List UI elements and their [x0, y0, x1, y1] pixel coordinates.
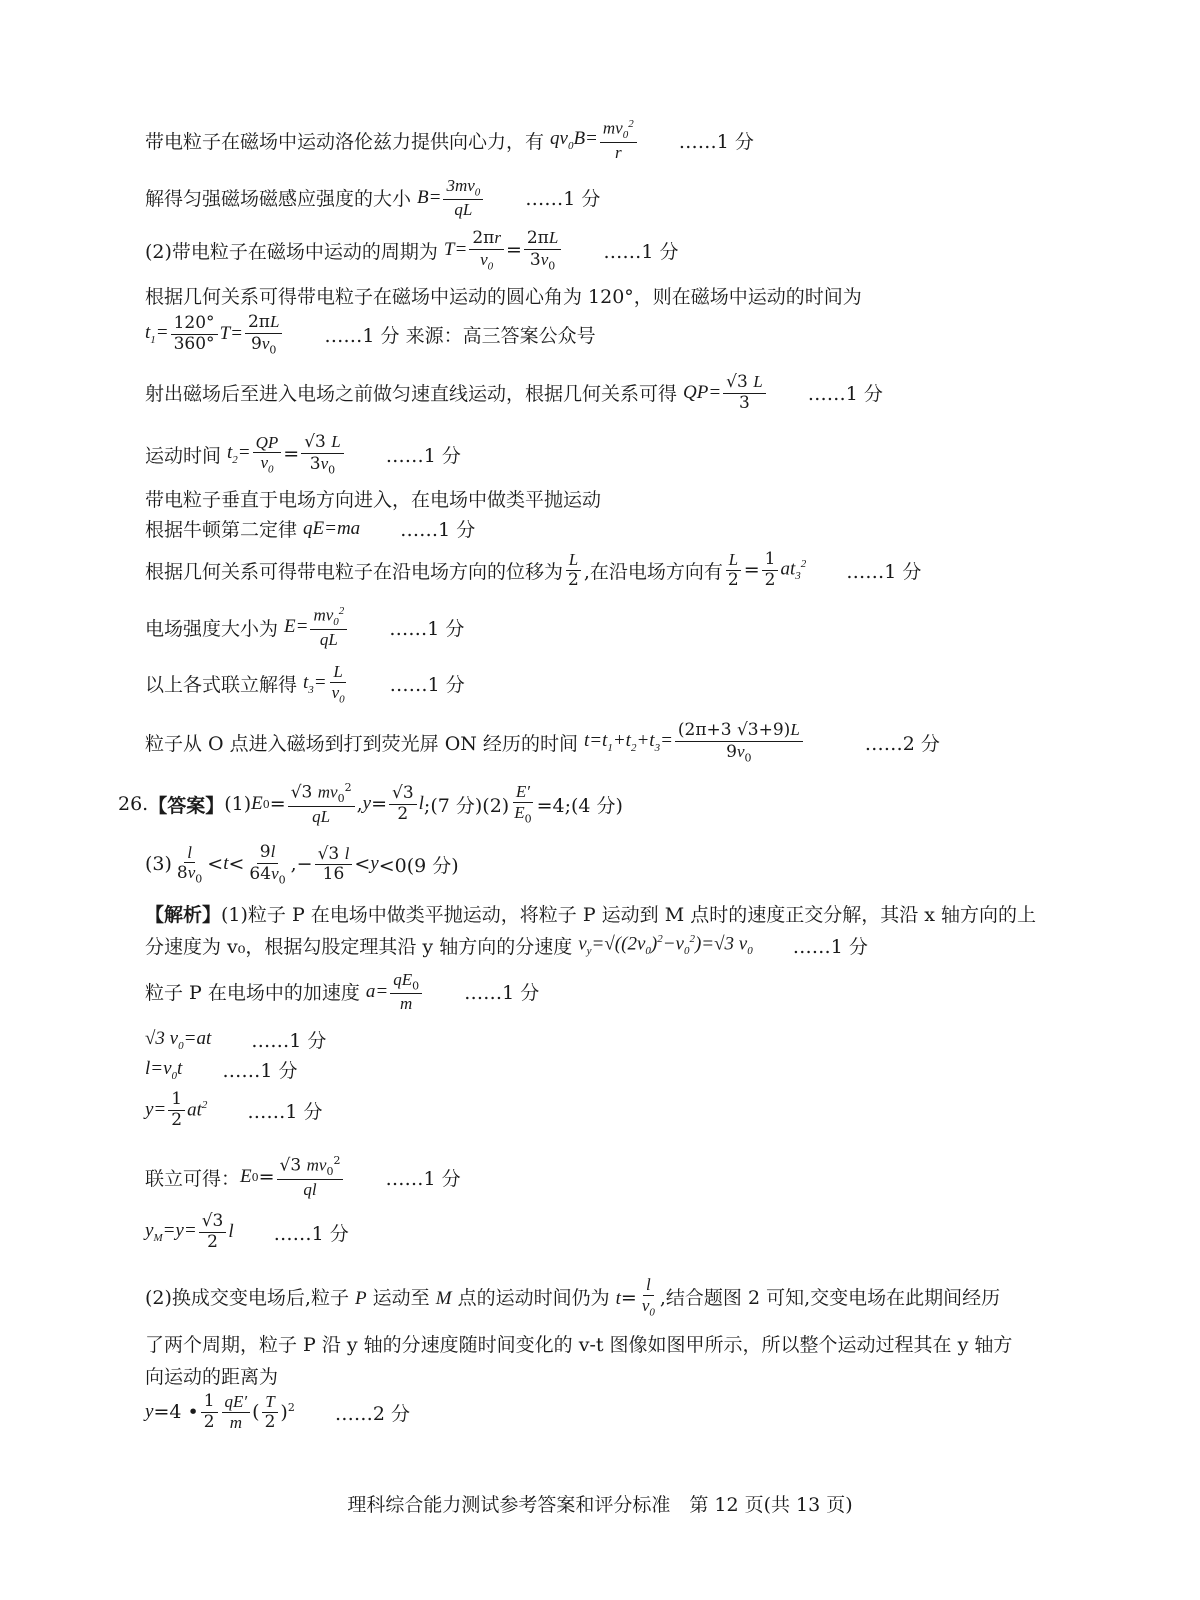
fraction: 120°360°	[171, 314, 218, 354]
analysis-line: √3 v0=at ……1 分	[145, 1026, 326, 1053]
text-line: 解得匀强磁场磁感应强度的大小 B= 3mv0qL ……1 分	[145, 176, 600, 220]
fraction: √3 L3v0	[301, 432, 344, 477]
analysis-line: l=v0t ……1 分	[145, 1056, 297, 1083]
fraction: mv02r	[600, 118, 637, 162]
formula: t=t1+t2+t3=	[584, 730, 673, 754]
score: ……1 分	[525, 184, 600, 211]
fraction: 2πL9v0	[245, 312, 282, 357]
line-text: 分速度为 v₀，根据勾股定理其沿 y 轴方向的分速度	[145, 932, 572, 959]
fraction: √3 mv02qL	[288, 782, 355, 826]
line-text: 射出磁场后至进入电场之前做匀速直线运动，根据几何关系可得	[145, 379, 677, 406]
line-text: ,在沿电场方向有	[584, 557, 723, 584]
score: ……1 分	[274, 1219, 349, 1246]
line-text: 根据牛顿第二定律	[145, 515, 297, 542]
score: ……1 分	[386, 441, 461, 468]
question-26-answer-3: (3) l8v0 <t< 9l64v0 ,− √3 l16 <y<0(9 分)	[145, 842, 459, 887]
line-text: 粒子 P 在电场中的加速度	[145, 978, 360, 1005]
analysis-line: y=4 • 12 qE′m ( T2 )2 ……2 分	[145, 1392, 410, 1432]
score: ……1 分	[400, 515, 475, 542]
score: ……2 分	[865, 729, 940, 756]
fraction: E′E0	[511, 782, 534, 826]
line-text: 了两个周期，粒子 P 沿 y 轴的分速度随时间变化的 v-t 图像如图甲所示，所…	[145, 1330, 1012, 1357]
fraction: 12	[168, 1090, 185, 1130]
analysis-line: 向运动的距离为	[145, 1362, 278, 1389]
text-line: 带电粒子在磁场中运动洛伦兹力提供向心力，有 qv0B= mv02r ……1 分	[145, 118, 754, 162]
line-text: 向运动的距离为	[145, 1362, 278, 1389]
source-note: 来源：高三答案公众号	[406, 321, 596, 348]
formula: E=	[284, 616, 308, 638]
fraction: 2πL3v0	[524, 228, 561, 273]
analysis-line: yM=y= √32 l ……1 分	[145, 1212, 349, 1252]
text-line: t1= 120°360° T= 2πL9v0 ……1 分 来源：高三答案公众号	[145, 312, 596, 357]
text-line: 根据几何关系可得带电粒子在磁场中运动的圆心角为 120°，则在磁场中运动的时间为	[145, 282, 862, 309]
fraction: qE′m	[222, 1392, 251, 1432]
question-number: 26.	[118, 793, 148, 815]
line-text: 电场强度大小为	[145, 614, 278, 641]
text-line: 射出磁场后至进入电场之前做匀速直线运动，根据几何关系可得 QP= √3 L3 ……	[145, 372, 883, 413]
line-text: 以上各式联立解得	[145, 670, 297, 697]
score: ……1 分	[324, 321, 399, 348]
fraction: √32	[199, 1212, 227, 1252]
page-footer: 理科综合能力测试参考答案和评分标准 第 12 页(共 13 页)	[0, 1490, 1200, 1517]
analysis-line: (2)换成交变电场后,粒子 P 运动至 M 点的运动时间仍为 t= lv0 ,结…	[145, 1275, 1000, 1319]
text-line: 根据牛顿第二定律 qE=ma ……1 分	[145, 515, 475, 542]
fraction: (2π+3 √3+9)L9v0	[675, 720, 803, 765]
analysis-line: 联立可得： E0= √3 mv02ql ……1 分	[145, 1155, 461, 1199]
text-line: 运动时间 t2= QPv0 = √3 L3v0 ……1 分	[145, 432, 461, 477]
formula: t1=	[145, 322, 169, 346]
score: ……1 分	[846, 557, 921, 584]
fraction: L2	[725, 550, 742, 590]
line-text: 运动时间	[145, 441, 221, 468]
line-text: 带电粒子在磁场中运动洛伦兹力提供向心力，有	[145, 127, 544, 154]
fraction: 12	[762, 550, 779, 590]
score: ……1 分	[222, 1056, 297, 1083]
analysis-label: 【解析】	[145, 900, 221, 927]
score: ……1 分	[808, 379, 883, 406]
score: ……2 分	[335, 1399, 410, 1426]
line-text: 解得匀强磁场磁感应强度的大小	[145, 184, 411, 211]
line-text: 根据几何关系可得带电粒子在磁场中运动的圆心角为 120°，则在磁场中运动的时间为	[145, 282, 862, 309]
score: ……1 分	[679, 127, 754, 154]
score: ……1 分	[251, 1026, 326, 1053]
fraction: 9l64v0	[246, 842, 288, 887]
fraction: mv02qL	[310, 605, 347, 649]
formula: √3 v0=at	[145, 1028, 211, 1052]
score: ……1 分	[464, 978, 539, 1005]
analysis-line: 粒子 P 在电场中的加速度 a= qE0m ……1 分	[145, 970, 539, 1014]
formula: t2=	[227, 442, 251, 466]
score: ……1 分	[603, 237, 678, 264]
fraction: qE0m	[390, 970, 422, 1014]
formula: l=v0t	[145, 1058, 182, 1082]
formula: qv0B=	[550, 128, 598, 152]
text-line: 电场强度大小为 E= mv02qL ……1 分	[145, 605, 464, 649]
line-text: (2)带电粒子在磁场中运动的周期为	[145, 237, 438, 264]
text-line: (2)带电粒子在磁场中运动的周期为 T= 2πrv0 = 2πL3v0 ……1 …	[145, 228, 678, 273]
fraction: Lv0	[329, 662, 348, 706]
score: ……1 分	[390, 670, 465, 697]
score: ……1 分	[389, 614, 464, 641]
analysis-line: 分速度为 v₀，根据勾股定理其沿 y 轴方向的分速度 vy=√((2v0)2−v…	[145, 932, 868, 959]
analysis-line: 【解析】 (1)粒子 P 在电场中做类平抛运动，将粒子 P 运动到 M 点时的速…	[145, 900, 1036, 927]
fraction: √32	[389, 784, 417, 824]
fraction: l8v0	[174, 843, 205, 887]
text-line: 粒子从 O 点进入磁场到打到荧光屏 ON 经历的时间 t=t1+t2+t3= (…	[145, 720, 940, 765]
fraction: lv0	[639, 1275, 658, 1319]
text-line: 带电粒子垂直于电场方向进入，在电场中做类平抛运动	[145, 485, 601, 512]
analysis-line: y= 12 at2 ……1 分	[145, 1090, 323, 1130]
line-text: 联立可得：	[145, 1164, 240, 1191]
fraction: √3 L3	[723, 372, 766, 413]
formula: QP=	[683, 382, 721, 404]
fraction: L2	[565, 550, 582, 590]
analysis-line: 了两个周期，粒子 P 沿 y 轴的分速度随时间变化的 v-t 图像如图甲所示，所…	[145, 1330, 1012, 1357]
line-text: 根据几何关系可得带电粒子在沿电场方向的位移为	[145, 557, 563, 584]
formula: vy=√((2v0)2−v02)=√3 v0	[578, 933, 753, 957]
line-text: 粒子从 O 点进入磁场到打到荧光屏 ON 经历的时间	[145, 729, 578, 756]
fraction: QPv0	[253, 433, 282, 477]
fraction: T2	[262, 1392, 279, 1432]
score: ……1 分	[247, 1097, 322, 1124]
fraction: 12	[201, 1392, 218, 1432]
score: ……1 分	[793, 932, 868, 959]
formula: qE=ma	[303, 518, 360, 540]
text-line: 根据几何关系可得带电粒子在沿电场方向的位移为 L2 ,在沿电场方向有 L2 = …	[145, 550, 921, 590]
fraction: 3mv0qL	[443, 176, 483, 220]
text-line: 以上各式联立解得 t3= Lv0 ……1 分	[145, 662, 465, 706]
fraction: √3 mv02ql	[277, 1155, 344, 1199]
fraction: 2πrv0	[469, 228, 504, 273]
formula: t3=	[303, 672, 327, 696]
fraction: √3 l16	[315, 844, 353, 885]
formula: T=	[444, 239, 467, 261]
answer-label: 【答案】	[148, 791, 224, 818]
score: ……1 分	[385, 1164, 460, 1191]
line-text: 带电粒子垂直于电场方向进入，在电场中做类平抛运动	[145, 485, 601, 512]
question-26-answer: 26. 【答案】 (1)E0= √3 mv02qL ,y= √32 l;(7 分…	[118, 782, 623, 826]
line-text: (1)粒子 P 在电场中做类平抛运动，将粒子 P 运动到 M 点时的速度正交分解…	[221, 900, 1036, 927]
formula: B=	[417, 187, 441, 209]
